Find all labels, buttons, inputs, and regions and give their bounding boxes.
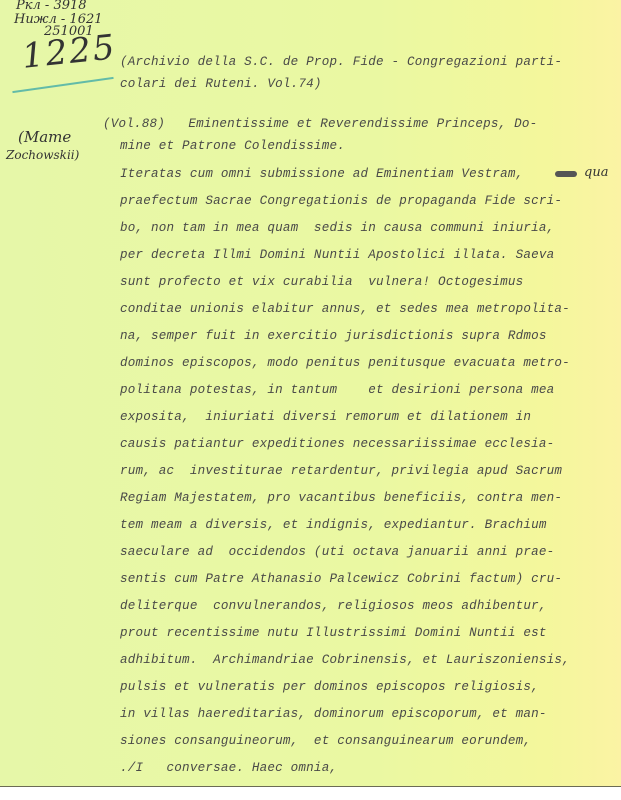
body-line: praefectum Sacrae Congregationis de prop… <box>120 194 562 208</box>
folio-number: 1225 <box>20 27 118 77</box>
body-line: bo, non tam in mea quam sedis in causa c… <box>120 221 554 235</box>
body-line: politana potestas, in tantum et desirion… <box>120 383 554 397</box>
body-line: na, semper fuit in exercitio jurisdictio… <box>120 329 547 343</box>
body-line: exposita, iniuriati diversi remorum et d… <box>120 410 531 424</box>
body-line: in villas haereditarias, dominorum episc… <box>120 707 547 721</box>
body-line: causis patiantur expeditiones necessarii… <box>120 437 554 451</box>
margin-note-line-1: (Mame <box>18 128 71 146</box>
body-line: siones consanguineorum, et consanguinear… <box>120 734 531 748</box>
letter-body: (Vol.88) Eminentissime et Reverendissime… <box>103 117 134 495</box>
header-line: colari dei Ruteni. Vol.74) <box>120 77 322 91</box>
body-line: pulsis et vulneratis per dominos episcop… <box>120 680 539 694</box>
margin-note-line-2: Zochowskii) <box>6 148 79 162</box>
body-line: sunt profecto et vix curabilia vulnera! … <box>120 275 523 289</box>
body-line: sentis cum Patre Athanasio Palcewicz Cob… <box>120 572 562 586</box>
insertion-note: qua <box>584 165 608 180</box>
blue-underline <box>12 77 113 93</box>
body-line: tem meam a diversis, et indignis, expedi… <box>120 518 547 532</box>
body-line: saeculare ad occidendos (uti octava janu… <box>120 545 554 559</box>
document-page: Ркл - 3918 Нижл - 1621 251001 1225 (Mame… <box>0 0 621 787</box>
strikeout-mark <box>555 171 577 177</box>
body-line: dominos episcopos, modo penitus penitusq… <box>120 356 570 370</box>
body-line: prout recentissime nutu Illustrissimi Do… <box>120 626 547 640</box>
body-line: conditae unionis elabitur annus, et sede… <box>120 302 570 316</box>
body-line: Regiam Majestatem, pro vacantibus benefi… <box>120 491 562 505</box>
body-line: deliterque convulnerandos, religiosos me… <box>120 599 547 613</box>
header-line: (Archivio della S.C. de Prop. Fide - Con… <box>120 55 562 69</box>
body-line: rum, ac investiturae retardentur, privil… <box>120 464 562 478</box>
body-line: per decreta Illmi Domini Nuntii Apostoli… <box>120 248 554 262</box>
body-line: mine et Patrone Colendissime. <box>120 139 345 153</box>
body-line: ./I conversae. Haec omnia, <box>120 761 337 775</box>
body-line: (Vol.88) Eminentissime et Reverendissime… <box>103 117 537 131</box>
body-line: Iteratas cum omni submissione ad Eminent… <box>120 167 523 181</box>
archive-header: (Archivio della S.C. de Prop. Fide - Con… <box>120 55 151 111</box>
body-line: adhibitum. Archimandriae Cobrinensis, et… <box>120 653 570 667</box>
